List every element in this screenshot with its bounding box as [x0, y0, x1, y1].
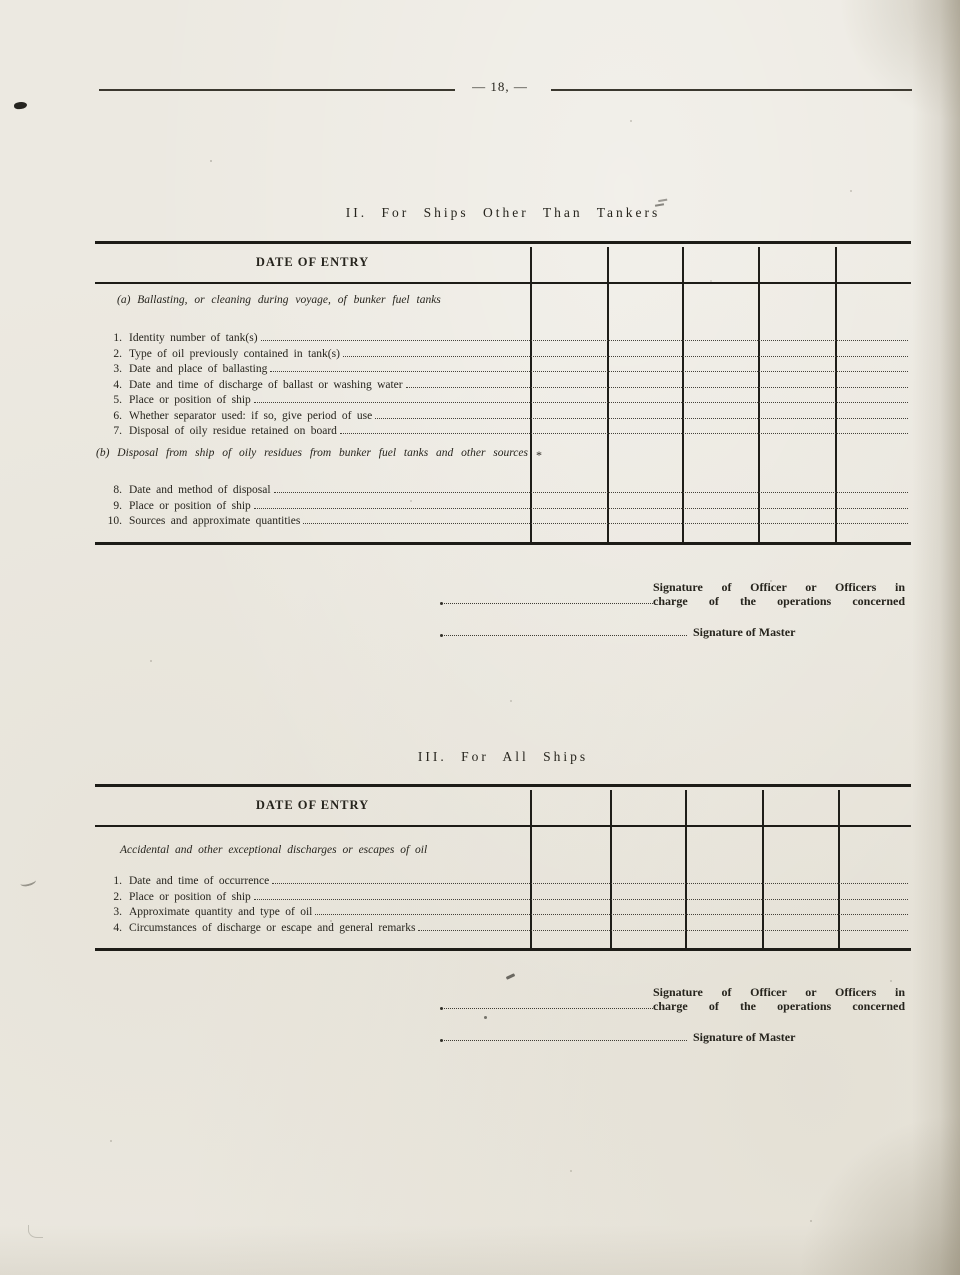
dotted-leader	[315, 914, 908, 915]
table-row: 6.Whether separator used: if so, give pe…	[100, 406, 908, 421]
table-row: 3.Date and place of ballasting	[100, 360, 908, 375]
dotted-leader	[261, 340, 908, 341]
table-row: 8.Date and method of disposal	[100, 481, 908, 496]
date-of-entry-header: DATE OF ENTRY	[95, 798, 530, 813]
table-border-middle	[95, 825, 911, 827]
dotted-leader	[254, 402, 908, 403]
dotted-leader	[254, 899, 908, 900]
part-a-rows: 1.Identity number of tank(s) 2.Type of o…	[100, 329, 908, 437]
header-rule-right	[551, 89, 912, 91]
master-signature-label: Signature of Master	[693, 625, 795, 640]
ships-other-than-tankers-table: DATE OF ENTRY (a) Ballasting, or cleanin…	[95, 241, 911, 545]
section-ii-title: II. For Ships Other Than Tankers	[95, 205, 911, 221]
all-ships-table: DATE OF ENTRY Accidental and other excep…	[95, 784, 911, 951]
dotted-leader	[303, 523, 908, 524]
table-row: 2.Place or position of ship	[100, 887, 908, 902]
header-column-divider	[607, 247, 609, 282]
signature-line	[442, 1040, 687, 1041]
table-row: 4.Date and time of discharge of ballast …	[100, 375, 908, 390]
table-border-bottom	[95, 542, 911, 545]
officer-signature-label: Signature of Officer or Officers in char…	[653, 581, 905, 608]
header-column-divider	[685, 790, 687, 825]
scanned-document-page: — 18, — II. For Ships Other Than Tankers…	[0, 0, 960, 1275]
part-b-caption: (b) Disposal from ship of oily residues …	[96, 447, 528, 459]
table-row: 7.Disposal of oily residue retained on b…	[100, 422, 908, 437]
dotted-leader	[270, 371, 908, 372]
officer-signature-label: Signature of Officer or Officers in char…	[653, 986, 905, 1013]
date-of-entry-header: DATE OF ENTRY	[95, 255, 530, 270]
dotted-leader	[340, 433, 908, 434]
table-row: 1.Identity number of tank(s)	[100, 329, 908, 344]
master-signature-row: Signature of Master	[442, 625, 905, 640]
section-iii-signature-block: Signature of Officer or Officers in char…	[442, 986, 905, 1045]
scan-artifact-ink-blob	[14, 101, 28, 110]
part-a-caption: (a) Ballasting, or cleaning during voyag…	[117, 294, 557, 306]
dotted-leader	[254, 508, 908, 509]
dotted-leader	[274, 492, 908, 493]
table-border-middle	[95, 282, 911, 284]
scan-artifact-specks	[210, 160, 212, 162]
officer-signature-row: Signature of Officer or Officers in char…	[442, 581, 905, 608]
table-border-top	[95, 784, 911, 787]
signature-line	[442, 1008, 653, 1009]
table-row: 2.Type of oil previously contained in ta…	[100, 344, 908, 359]
table-row: 10.Sources and approximate quantities	[100, 512, 908, 527]
table-row: 3.Approximate quantity and type of oil	[100, 903, 908, 918]
section-ii-signature-block: Signature of Officer or Officers in char…	[442, 581, 905, 640]
footnote-asterisk: *	[536, 448, 542, 463]
dotted-leader	[406, 387, 908, 388]
scan-artifact-tick	[506, 973, 515, 980]
table-border-bottom	[95, 948, 911, 951]
master-signature-row: Signature of Master	[442, 1030, 905, 1045]
dotted-leader	[418, 930, 908, 931]
accidental-discharges-caption: Accidental and other exceptional dischar…	[120, 844, 560, 856]
header-rule-left	[99, 89, 455, 91]
header-column-divider	[835, 247, 837, 282]
all-ships-rows: 1.Date and time of occurrence 2.Place or…	[100, 872, 908, 934]
master-signature-label: Signature of Master	[693, 1030, 795, 1045]
section-iii-title: III. For All Ships	[95, 749, 911, 765]
table-row: 4.Circumstances of discharge or escape a…	[100, 918, 908, 933]
table-border-top	[95, 241, 911, 244]
signature-line	[442, 603, 653, 604]
table-row: 9.Place or position of ship	[100, 496, 908, 511]
page-number: — 18, —	[430, 79, 570, 95]
dotted-leader	[343, 356, 908, 357]
header-column-divider	[530, 247, 532, 282]
table-row: 1.Date and time of occurrence	[100, 872, 908, 887]
scan-artifact-pen-mark	[19, 876, 36, 888]
officer-signature-row: Signature of Officer or Officers in char…	[442, 986, 905, 1013]
header-column-divider	[838, 790, 840, 825]
header-column-divider	[758, 247, 760, 282]
header-column-divider	[530, 790, 532, 825]
scan-artifact-corner-mark	[28, 1225, 43, 1238]
signature-line	[442, 635, 687, 636]
dotted-leader	[375, 418, 908, 419]
table-row: 5.Place or position of ship	[100, 391, 908, 406]
header-column-divider	[682, 247, 684, 282]
header-column-divider	[610, 790, 612, 825]
header-column-divider	[762, 790, 764, 825]
dotted-leader	[272, 883, 908, 884]
part-b-rows: 8.Date and method of disposal 9.Place or…	[100, 481, 908, 527]
